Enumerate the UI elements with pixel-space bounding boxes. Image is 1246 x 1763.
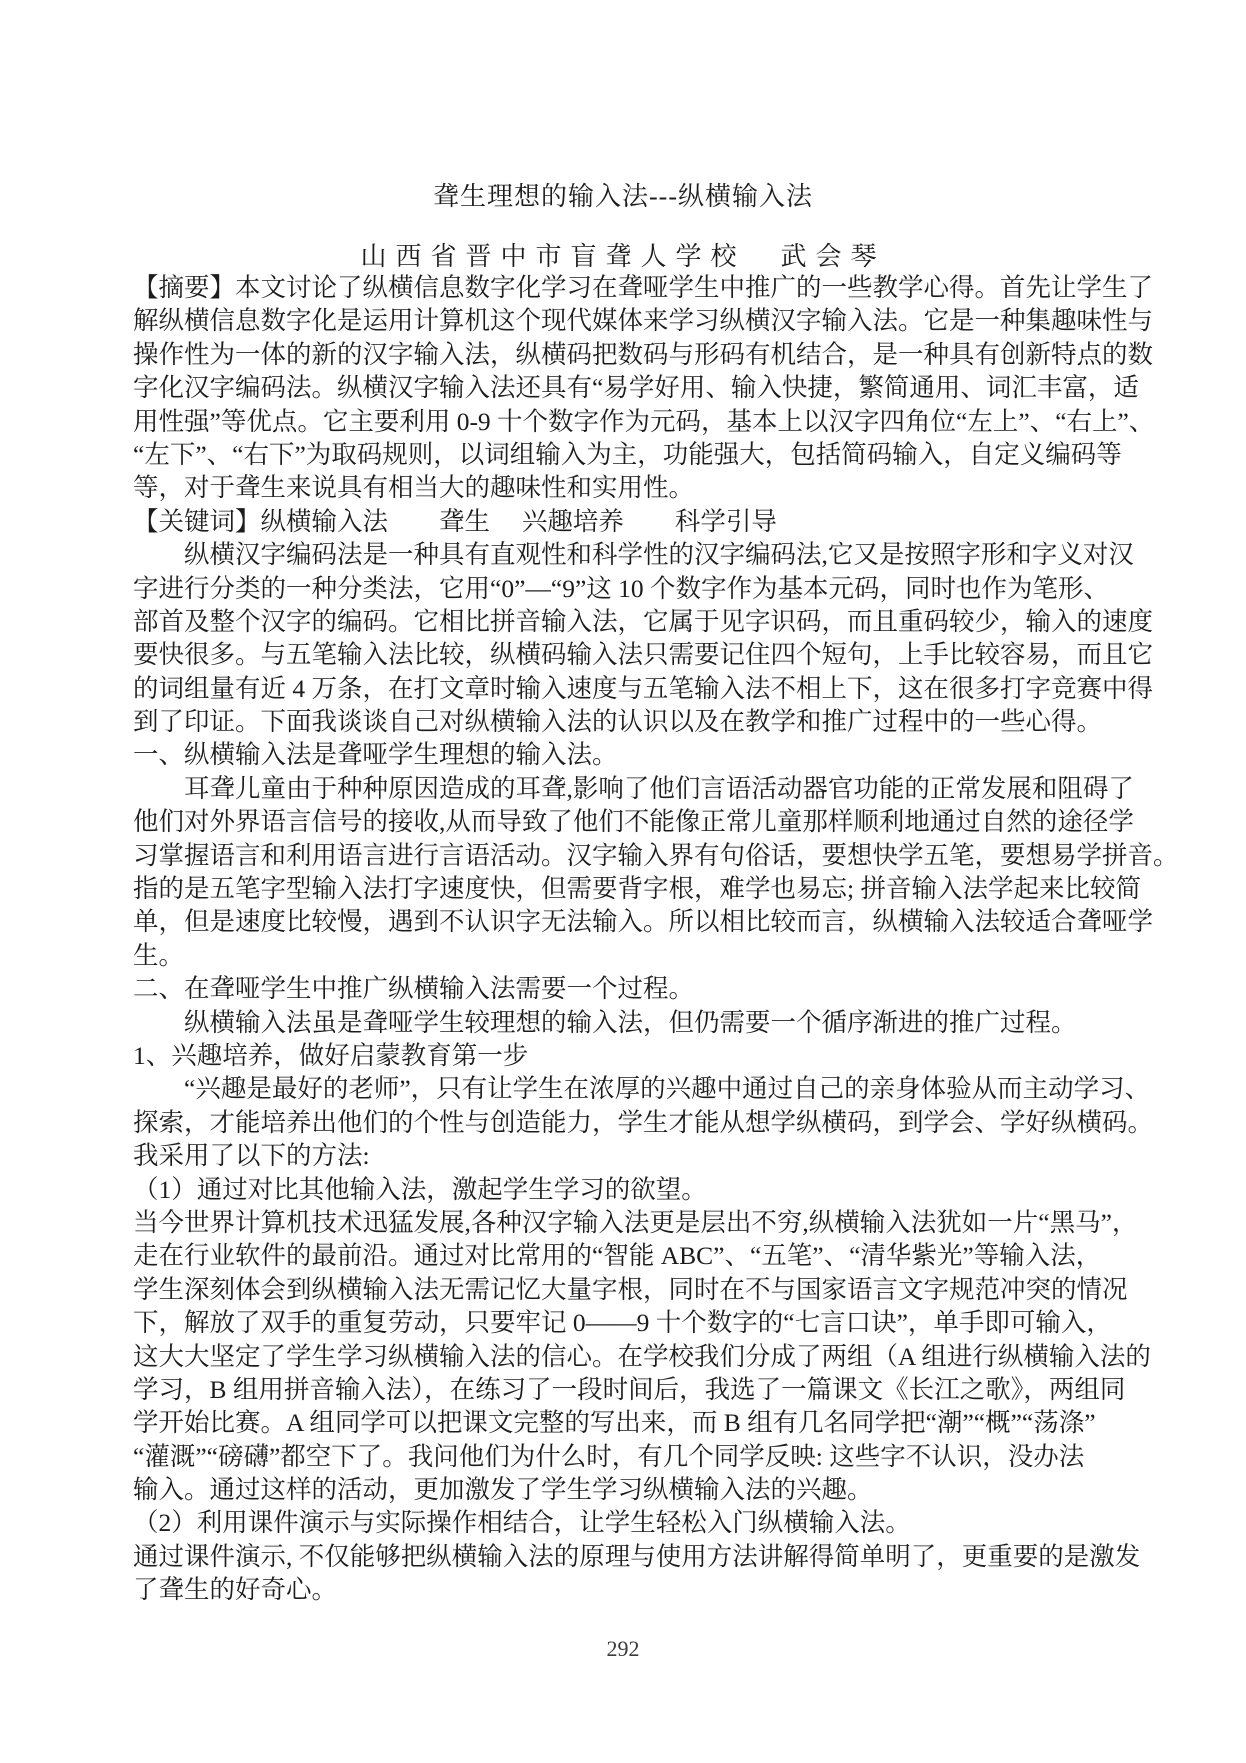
body-lines: 【摘要】本文讨论了纵横信息数字化学习在聋哑学生中推广的一些教学心得。首先让学生了… xyxy=(133,271,1123,1607)
text-line: （1）通过对比其他输入法，激起学生学习的欲望。 xyxy=(133,1173,1123,1206)
text-line: （2）利用课件演示与实际操作相结合，让学生轻松入门纵横输入法。 xyxy=(133,1506,1123,1539)
text-line: 要快很多。与五笔输入法比较，纵横码输入法只需要记住四个短句，上手比较容易，而且它 xyxy=(133,638,1123,671)
text-line: 输入。通过这样的活动，更加激发了学生学习纵横输入法的兴趣。 xyxy=(133,1473,1123,1506)
text-line: 解纵横信息数字化是运用计算机这个现代媒体来学习纵横汉字输入法。它是一种集趣味性与 xyxy=(133,304,1123,337)
page-number: 292 xyxy=(0,1636,1246,1662)
text-line: 纵横输入法虽是聋哑学生较理想的输入法，但仍需要一个循序渐进的推广过程。 xyxy=(133,1006,1123,1039)
text-line: 习掌握语言和利用语言进行言语活动。汉字输入界有句俗话，要想快学五笔，要想易学拼音… xyxy=(133,839,1123,872)
text-line: 的词组量有近 4 万条，在打文章时输入速度与五笔输入法不相上下，这在很多打字竞赛… xyxy=(133,672,1123,705)
text-line: 字化汉字编码法。纵横汉字输入法还具有“易学好用、输入快捷，繁简通用、词汇丰富，适 xyxy=(133,371,1123,404)
text-line: “兴趣是最好的老师”，只有让学生在浓厚的兴趣中通过自己的亲身体验从而主动学习、 xyxy=(133,1072,1123,1105)
text-line: 1、兴趣培养，做好启蒙教育第一步 xyxy=(133,1039,1123,1072)
text-line: 当今世界计算机技术迅猛发展,各种汉字输入法更是层出不穷,纵横输入法犹如一片“黑马… xyxy=(133,1206,1123,1239)
text-line: 走在行业软件的最前沿。通过对比常用的“智能 ABC”、“五笔”、“清华紫光”等输… xyxy=(133,1239,1123,1272)
text-line: 通过课件演示, 不仅能够把纵横输入法的原理与使用方法讲解得简单明了，更重要的是激… xyxy=(133,1540,1123,1573)
text-line: 下，解放了双手的重复劳动，只要牢记 0——9 十个数字的“七言口诀”，单手即可输… xyxy=(133,1306,1123,1339)
text-line: 字进行分类的一种分类法，它用“0”—“9”这 10 个数字作为基本元码，同时也作… xyxy=(133,572,1123,605)
text-line: 了聋生的好奇心。 xyxy=(133,1573,1123,1606)
text-line: 到了印证。下面我谈谈自己对纵横输入法的认识以及在教学和推广过程中的一些心得。 xyxy=(133,705,1123,738)
text-line: “灌溉”“磅礴”都空下了。我问他们为什么时，有几个同学反映: 这些字不认识，没办… xyxy=(133,1440,1123,1473)
text-line: 等，对于聋生来说具有相当大的趣味性和实用性。 xyxy=(133,471,1123,504)
text-line: 纵横汉字编码法是一种具有直观性和科学性的汉字编码法,它又是按照字形和字义对汉 xyxy=(133,538,1123,571)
text-line: 这大大坚定了学生学习纵横输入法的信心。在学校我们分成了两组（A 组进行纵横输入法… xyxy=(133,1340,1123,1373)
text-line: 操作性为一体的新的汉字输入法，纵横码把数码与形码有机结合，是一种具有创新特点的数 xyxy=(133,338,1123,371)
text-line: 生。 xyxy=(133,939,1123,972)
text-line: 耳聋儿童由于种种原因造成的耳聋,影响了他们言语活动器官功能的正常发展和阻碍了 xyxy=(133,772,1123,805)
text-line: 【摘要】本文讨论了纵横信息数字化学习在聋哑学生中推广的一些教学心得。首先让学生了 xyxy=(133,271,1123,304)
text-line: 学生深刻体会到纵横输入法无需记忆大量字根，同时在不与国家语言文字规范冲突的情况 xyxy=(133,1273,1123,1306)
paper-title: 聋生理想的输入法---纵横输入法 xyxy=(0,176,1246,213)
text-line: 一、纵横输入法是聋哑学生理想的输入法。 xyxy=(133,738,1123,771)
text-line: 学习，B 组用拼音输入法），在练习了一段时间后，我选了一篇课文《长江之歌》，两组… xyxy=(133,1373,1123,1406)
text-line: 用性强”等优点。它主要利用 0-9 十个数字作为元码，基本上以汉字四角位“左上”… xyxy=(133,405,1123,438)
author-affiliation: 山西省晋中市盲聋人学校 武会琴 xyxy=(0,236,1246,273)
text-line: 指的是五笔字型输入法打字速度快，但需要背字根，难学也易忘; 拼音输入法学起来比较… xyxy=(133,872,1123,905)
text-line: 部首及整个汉字的编码。它相比拼音输入法，它属于见字识码，而且重码较少，输入的速度 xyxy=(133,605,1123,638)
text-line: 他们对外界语言信号的接收,从而导致了他们不能像正常儿童那样顺利地通过自然的途径学 xyxy=(133,805,1123,838)
text-line: 单，但是速度比较慢，遇到不认识字无法输入。所以相比较而言，纵横输入法较适合聋哑学 xyxy=(133,905,1123,938)
text-line: 探索，才能培养出他们的个性与创造能力，学生才能从想学纵横码，到学会、学好纵横码。 xyxy=(133,1106,1123,1139)
document-page: 聋生理想的输入法---纵横输入法 山西省晋中市盲聋人学校 武会琴 【摘要】本文讨… xyxy=(0,0,1246,1763)
text-line: 我采用了以下的方法: xyxy=(133,1139,1123,1172)
text-line: 【关键词】纵横输入法 聋生 兴趣培养 科学引导 xyxy=(133,505,1123,538)
text-line: “左下”、“右下”为取码规则，以词组输入为主，功能强大，包括简码输入，自定义编码… xyxy=(133,438,1123,471)
text-line: 学开始比赛。A 组同学可以把课文完整的写出来，而 B 组有几名同学把“潮”“概”… xyxy=(133,1406,1123,1439)
text-line: 二、在聋哑学生中推广纵横输入法需要一个过程。 xyxy=(133,972,1123,1005)
